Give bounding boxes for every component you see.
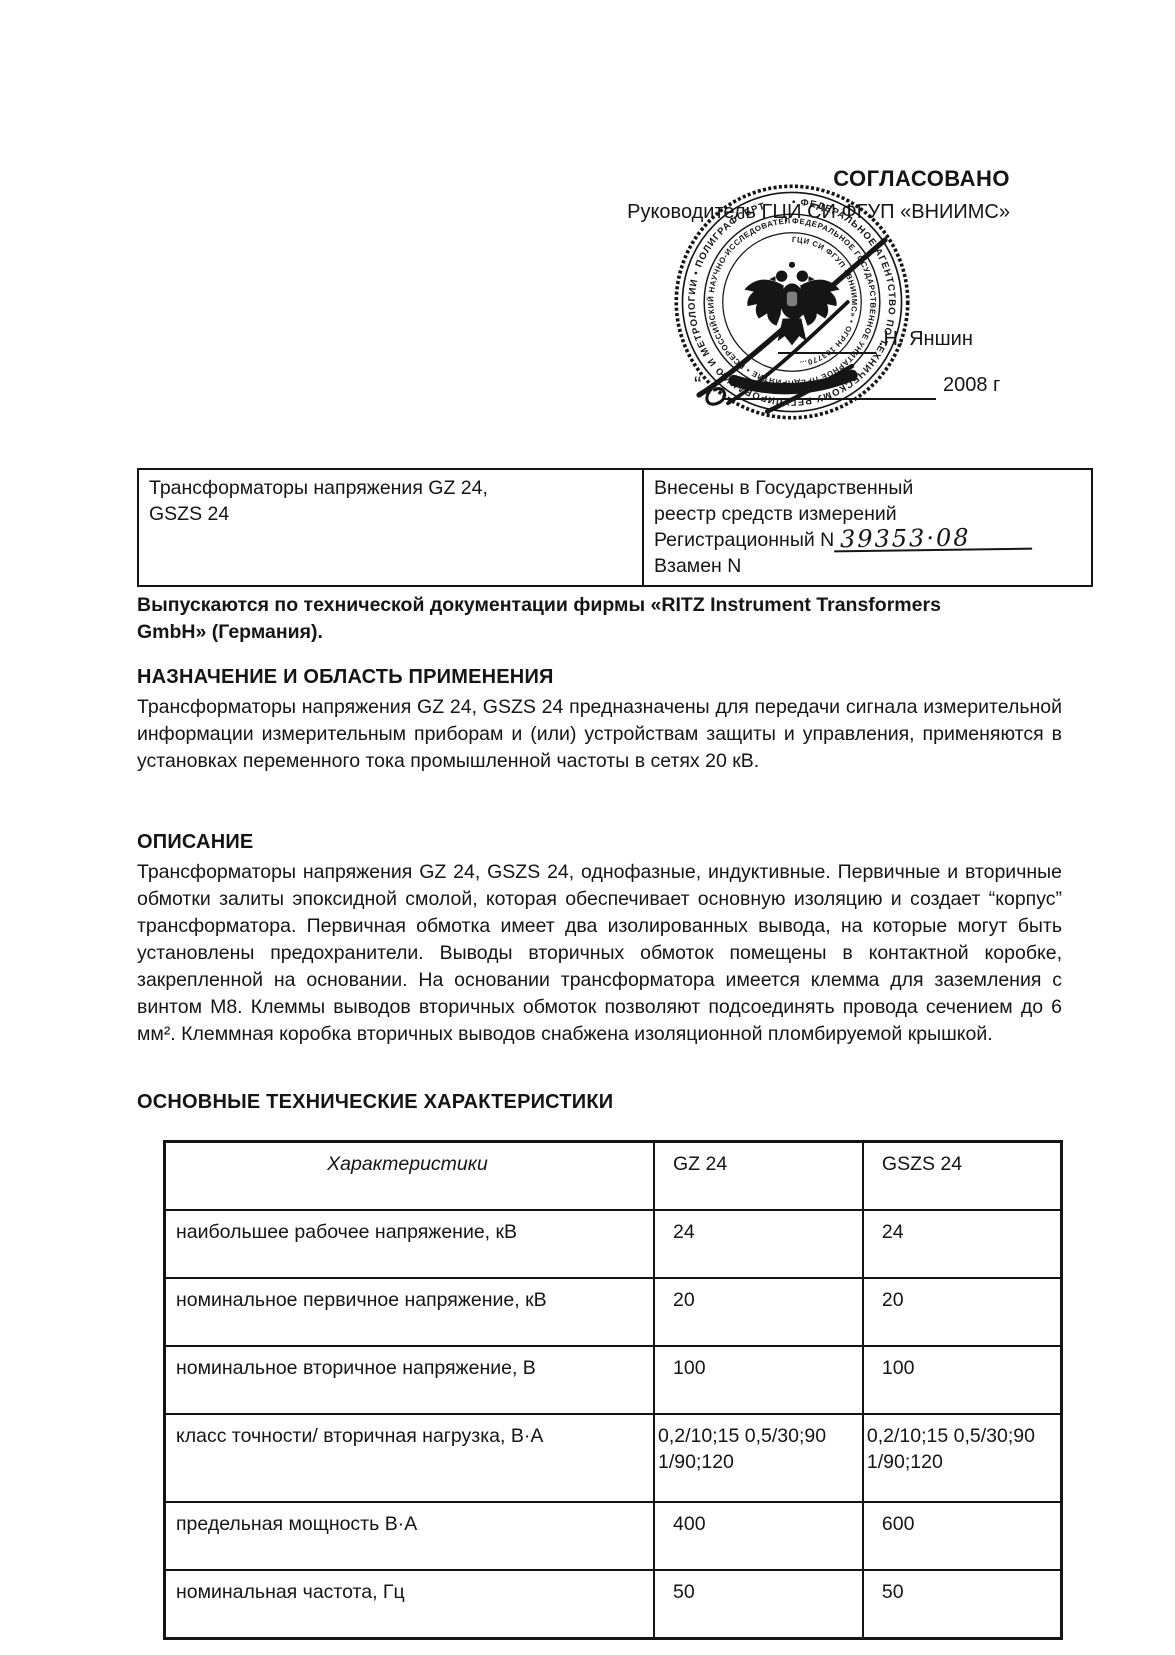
spec-value: 400 xyxy=(654,1502,863,1570)
specs-row: класс точности/ вторичная нагрузка, В·А … xyxy=(165,1414,1062,1502)
product-line2: GSZS 24 xyxy=(149,501,632,527)
replaces-line: Взамен N xyxy=(654,553,1081,579)
date-blank-line xyxy=(724,372,936,400)
spec-label: номинальное первичное напряжение, кВ xyxy=(165,1278,655,1346)
approval-year: 2008 г xyxy=(943,374,1000,397)
product-name-cell: Трансформаторы напряжения GZ 24, GSZS 24 xyxy=(138,469,643,586)
purpose-paragraph: Трансформаторы напряжения GZ 24, GSZS 24… xyxy=(137,694,1062,775)
specs-row: номинальная частота, Гц 50 50 xyxy=(165,1570,1062,1639)
spec-value: 100 xyxy=(654,1346,863,1414)
spec-value: 50 xyxy=(654,1570,863,1639)
specs-header-characteristics: Характеристики xyxy=(165,1142,655,1211)
spec-value: 20 xyxy=(863,1278,1062,1346)
specs-header-row: Характеристики GZ 24 GSZS 24 xyxy=(165,1142,1062,1211)
spec-value: 100 xyxy=(863,1346,1062,1414)
scanned-document-page: СОГЛАСОВАНО Руководитель ГЦИ СИ ФГУП «ВН… xyxy=(0,0,1175,1655)
spec-value: 24 xyxy=(863,1210,1062,1278)
issued-by-paragraph: Выпускаются по технической документации … xyxy=(137,592,949,646)
specs-row: предельная мощность В·А 400 600 xyxy=(165,1502,1062,1570)
purpose-heading: НАЗНАЧЕНИЕ И ОБЛАСТЬ ПРИМЕНЕНИЯ xyxy=(137,666,554,689)
specs-row: номинальное вторичное напряжение, В 100 … xyxy=(165,1346,1062,1414)
spec-label: номинальная частота, Гц xyxy=(165,1570,655,1639)
spec-value: 600 xyxy=(863,1502,1062,1570)
specs-table: Характеристики GZ 24 GSZS 24 наибольшее … xyxy=(163,1140,1063,1640)
spec-value: 20 xyxy=(654,1278,863,1346)
spec-value: 0,2/10;15 0,5/30;90 1/90;120 xyxy=(863,1414,1062,1502)
registration-number-line: Регистрационный N39353·08 xyxy=(654,527,1081,553)
registry-line1: Внесены в Государственный xyxy=(654,475,1081,501)
description-paragraph: Трансформаторы напряжения GZ 24, GSZS 24… xyxy=(137,859,1062,1048)
registration-table: Трансформаторы напряжения GZ 24, GSZS 24… xyxy=(137,468,1093,587)
specs-row: наибольшее рабочее напряжение, кВ 24 24 xyxy=(165,1210,1062,1278)
spec-label: наибольшее рабочее напряжение, кВ xyxy=(165,1210,655,1278)
spec-label: класс точности/ вторичная нагрузка, В·А xyxy=(165,1414,655,1502)
spec-label: предельная мощность В·А xyxy=(165,1502,655,1570)
registration-number-handwritten: 39353·08 xyxy=(834,526,1032,553)
spec-value: 24 xyxy=(654,1210,863,1278)
spec-value: 0,2/10;15 0,5/30;90 1/90;120 xyxy=(654,1414,863,1502)
specs-header-gszs24: GSZS 24 xyxy=(863,1142,1062,1211)
signer-name: .Н. Яншин xyxy=(878,328,973,351)
registration-number-label: Регистрационный N xyxy=(654,529,834,551)
specs-header-gz24: GZ 24 xyxy=(654,1142,863,1211)
spec-value: 50 xyxy=(863,1570,1062,1639)
specs-row: номинальное первичное напряжение, кВ 20 … xyxy=(165,1278,1062,1346)
product-line1: Трансформаторы напряжения GZ 24, xyxy=(149,475,632,501)
date-quote-mark: “ xyxy=(694,372,701,398)
spec-label: номинальное вторичное напряжение, В xyxy=(165,1346,655,1414)
description-heading: ОПИСАНИЕ xyxy=(137,831,253,854)
registration-row: Трансформаторы напряжения GZ 24, GSZS 24… xyxy=(138,469,1092,586)
registry-entry-cell: Внесены в Государственный реестр средств… xyxy=(643,469,1092,586)
specs-heading: ОСНОВНЫЕ ТЕХНИЧЕСКИЕ ХАРАКТЕРИСТИКИ xyxy=(137,1091,613,1114)
signature-line xyxy=(778,330,876,354)
registry-line2: реестр средств измерений xyxy=(654,501,1081,527)
